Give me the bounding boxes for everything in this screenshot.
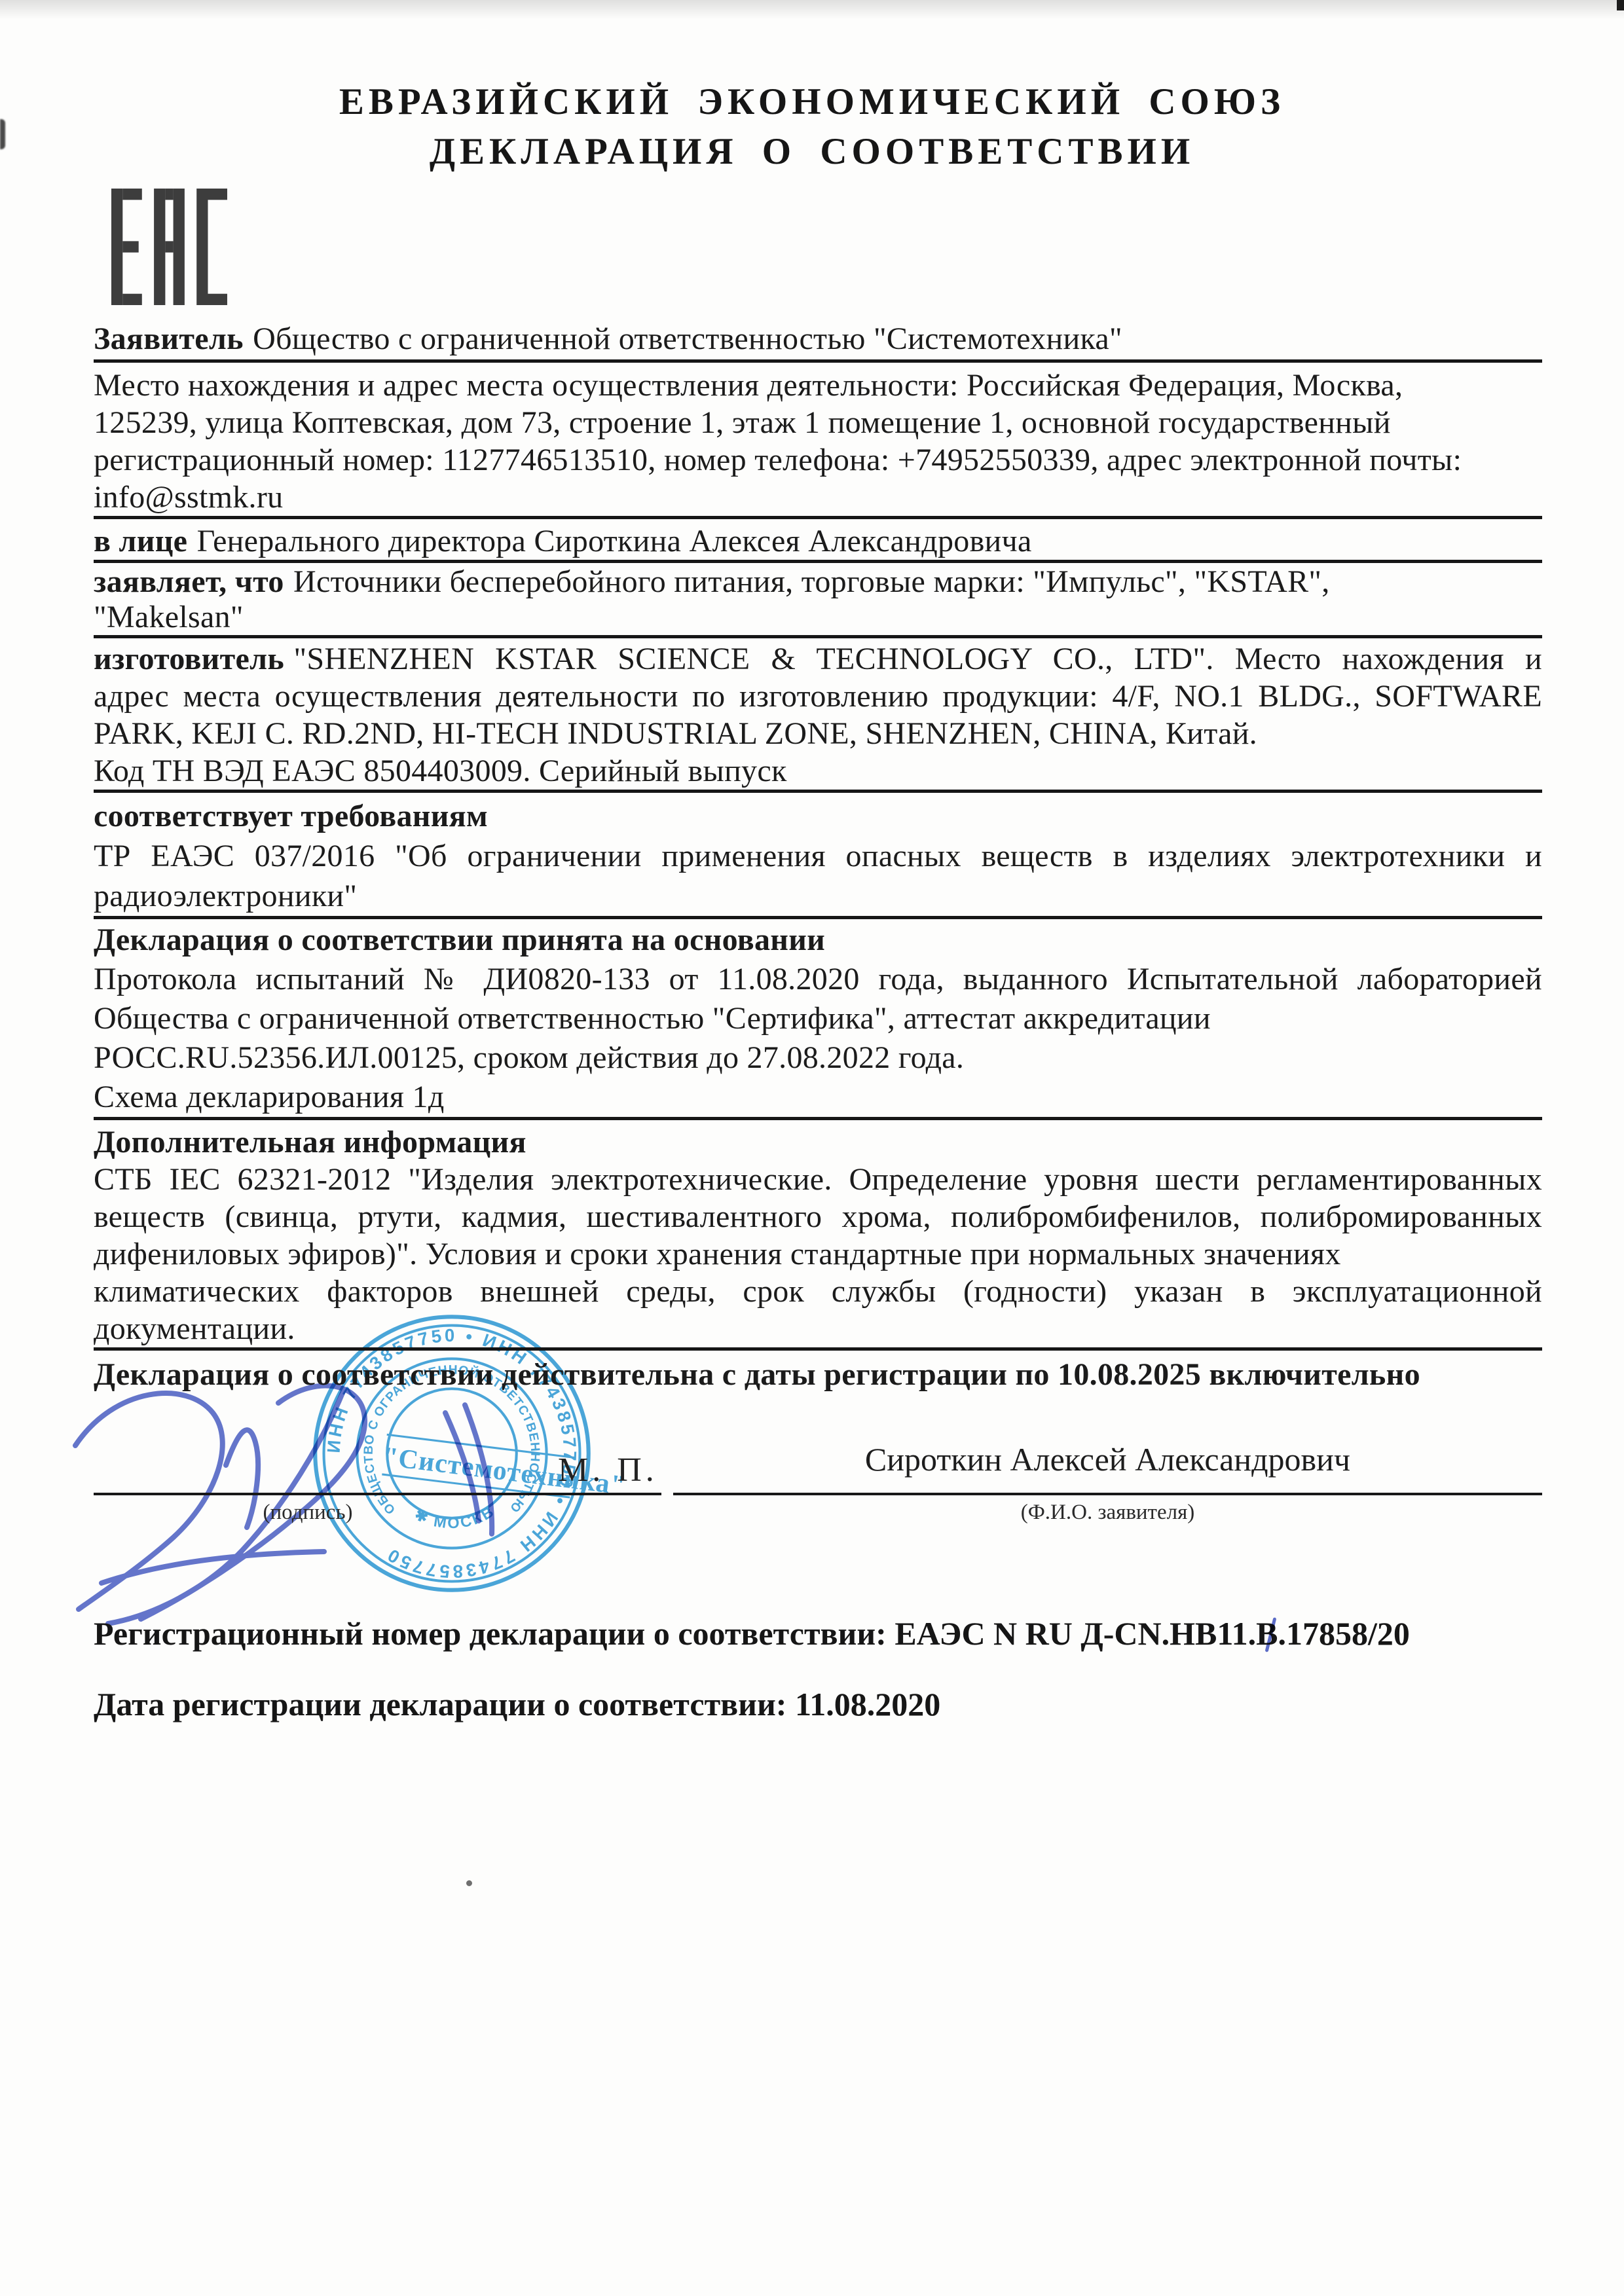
address-line: 125239, улица Коптевская, дом 73, строен… <box>94 404 1542 441</box>
manufacturer-line: PARK, KEJI C. RD.2ND, HI-TECH INDUSTRIAL… <box>94 715 1542 752</box>
product-line: "Makelsan" <box>94 600 1542 635</box>
additional-line: СТБ IEC 62321-2012 "Изделия электротехни… <box>94 1161 1542 1198</box>
manufacturer-line: адрес места осуществления деятельности п… <box>94 678 1542 715</box>
applicant-label: Заявитель <box>94 321 244 356</box>
manufacturer-value: "SHENZHEN KSTAR SCIENCE & TECHNOLOGY CO.… <box>293 642 1542 676</box>
representative-line: в лицеГенерального директора Сироткина А… <box>94 523 1542 560</box>
representative-value: Генерального директора Сироткина Алексея… <box>197 524 1032 558</box>
address-line: info@sstmk.ru <box>94 479 1542 516</box>
title-line-1: ЕВРАЗИЙСКИЙ ЭКОНОМИЧЕСКИЙ СОЮЗ <box>0 77 1624 127</box>
signature-ink <box>62 1367 652 1629</box>
basis-line: Общества с ограниченной ответственностью… <box>94 999 1542 1038</box>
section-representative: в лицеГенерального директора Сироткина А… <box>94 523 1542 563</box>
section-applicant: ЗаявительОбщество с ограниченной ответст… <box>94 318 1542 363</box>
validity-line: Декларация о соответствии действительна … <box>94 1355 1542 1394</box>
basis-line: Протокола испытаний № ДИ0820-133 от 11.0… <box>94 960 1542 999</box>
address-line: Место нахождения и адрес места осуществл… <box>94 367 1542 404</box>
product-value: Источники бесперебойного питания, торгов… <box>293 564 1330 599</box>
section-additional-info: Дополнительная информация СТБ IEC 62321-… <box>94 1123 1542 1351</box>
manufacturer-line: Код ТН ВЭД ЕАЭС 8504403009. Серийный вып… <box>94 752 1542 790</box>
manufacturer-label: изготовитель <box>94 642 284 676</box>
scan-corner-artifact <box>1617 0 1624 10</box>
address-line: регистрационный номер: 1127746513510, но… <box>94 441 1542 479</box>
requirements-line: радиоэлектроники" <box>94 876 1542 916</box>
scan-dot-artifact <box>466 1880 472 1886</box>
product-label: заявляет, что <box>94 564 284 599</box>
registration-number-line: Регистрационный номер декларации о соотв… <box>94 1614 1410 1652</box>
section-address: Место нахождения и адрес места осуществл… <box>94 367 1542 519</box>
eac-logo-icon <box>111 189 228 305</box>
declaration-document: ЕВРАЗИЙСКИЙ ЭКОНОМИЧЕСКИЙ СОЮЗ ДЕКЛАРАЦИ… <box>0 0 1624 2296</box>
additional-line: веществ (свинца, ртути, кадмия, шестивал… <box>94 1198 1542 1235</box>
representative-label: в лице <box>94 524 187 558</box>
signature-caption: (подпись) <box>170 1501 445 1525</box>
additional-line: дифениловых эфиров)". Условия и сроки хр… <box>94 1235 1542 1273</box>
applicant-line: ЗаявительОбщество с ограниченной ответст… <box>94 318 1542 359</box>
manufacturer-line: изготовитель"SHENZHEN KSTAR SCIENCE & TE… <box>94 640 1542 678</box>
basis-heading: Декларация о соответствии принята на осн… <box>94 920 1542 960</box>
section-basis: Декларация о соответствии принята на осн… <box>94 920 1542 1120</box>
title-line-2: ДЕКЛАРАЦИЯ О СООТВЕТСТВИИ <box>0 127 1624 177</box>
additional-heading: Дополнительная информация <box>94 1123 1542 1161</box>
basis-line: РОСС.RU.52356.ИЛ.00125, сроком действия … <box>94 1038 1542 1078</box>
section-requirements: соответствует требованиям ТР ЕАЭС 037/20… <box>94 796 1542 919</box>
additional-line: климатических факторов внешней среды, ср… <box>94 1273 1542 1310</box>
applicant-value: Общество с ограниченной ответственностью… <box>253 321 1122 356</box>
signature-line <box>94 1493 661 1495</box>
stamp-place-label: М. П. <box>558 1451 658 1489</box>
requirements-line: ТР ЕАЭС 037/2016 "Об ограничении примене… <box>94 836 1542 876</box>
applicant-full-name: Сироткин Алексей Александрович <box>673 1440 1542 1478</box>
section-product: заявляет, чтоИсточники бесперебойного пи… <box>94 564 1542 638</box>
section-validity: Декларация о соответствии действительна … <box>94 1355 1542 1394</box>
basis-line: Схема декларирования 1д <box>94 1078 1542 1117</box>
registration-date-line: Дата регистрации декларации о соответств… <box>94 1685 940 1723</box>
fio-caption: (Ф.И.О. заявителя) <box>673 1501 1542 1525</box>
document-title: ЕВРАЗИЙСКИЙ ЭКОНОМИЧЕСКИЙ СОЮЗ ДЕКЛАРАЦИ… <box>0 77 1624 177</box>
fio-line <box>673 1493 1542 1495</box>
additional-line: документации. <box>94 1310 1542 1347</box>
scan-shadow <box>0 0 1624 20</box>
product-line: заявляет, чтоИсточники бесперебойного пи… <box>94 564 1542 600</box>
section-manufacturer: изготовитель"SHENZHEN KSTAR SCIENCE & TE… <box>94 640 1542 793</box>
requirements-heading: соответствует требованиям <box>94 796 1542 836</box>
